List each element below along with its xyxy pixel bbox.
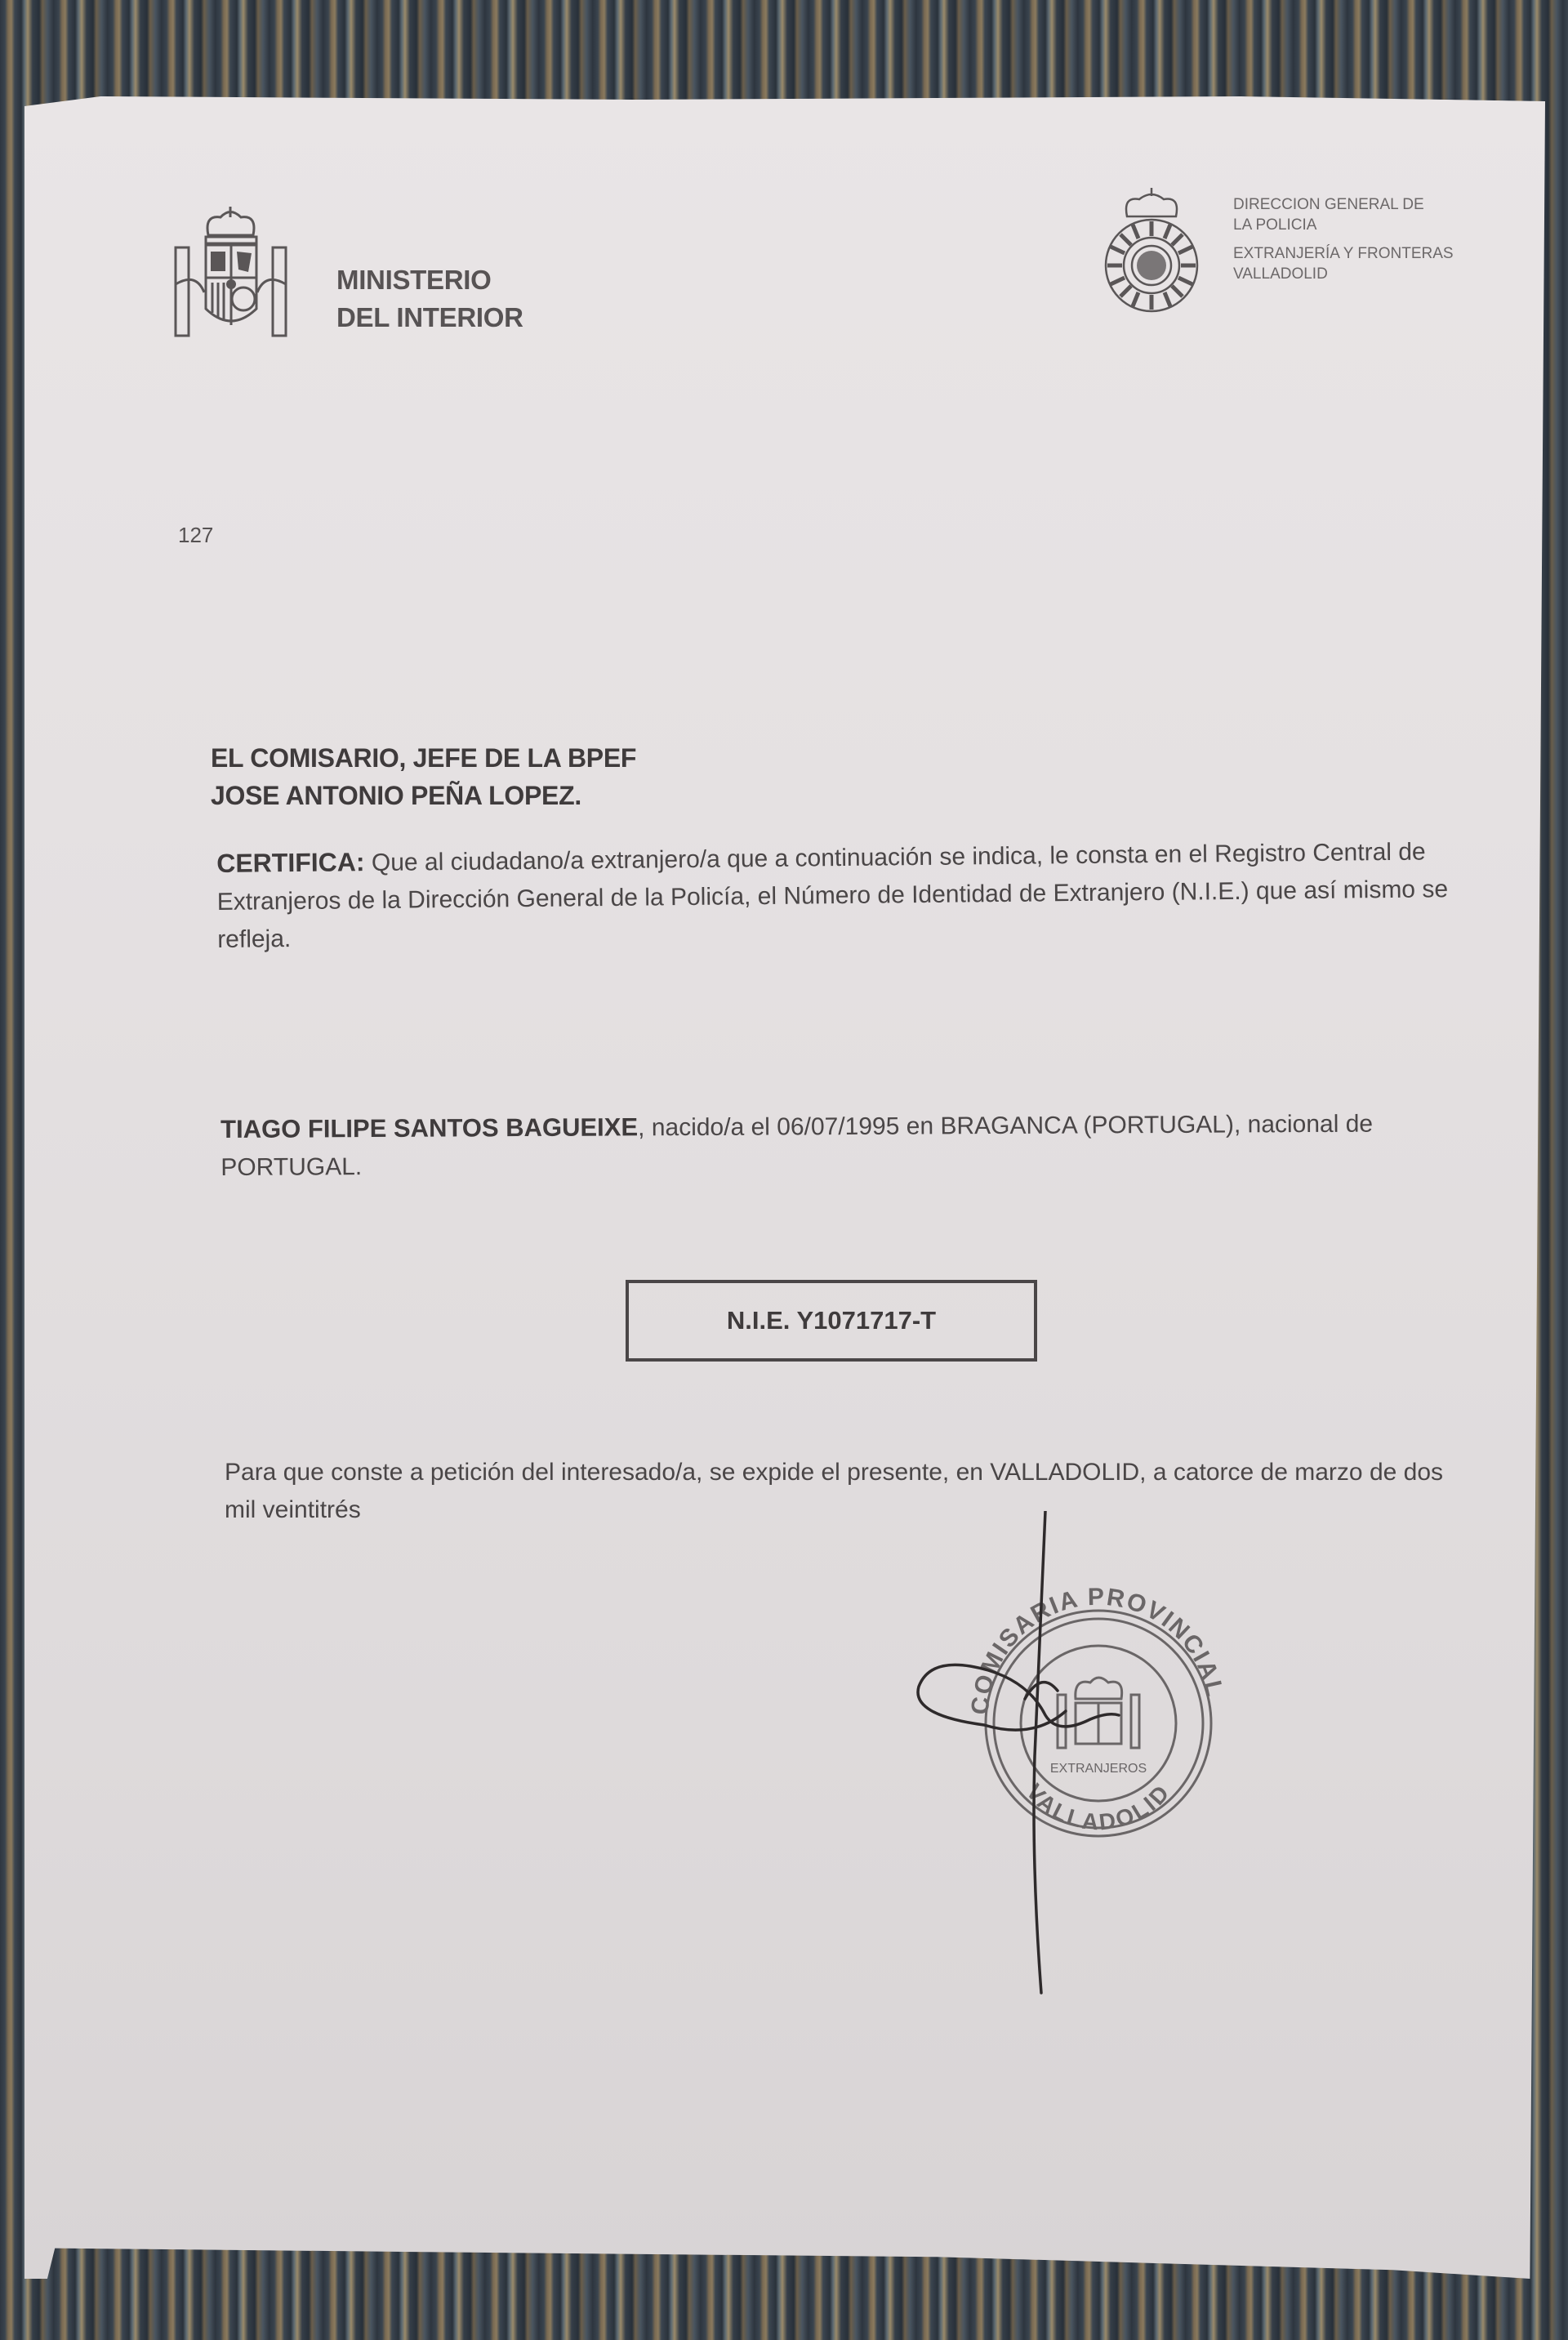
certificate-paper: MINISTERIO DEL INTERIOR DIRECCION GENERA…	[24, 96, 1545, 2279]
police-directorate-header: DIRECCION GENERAL DE LA POLICIA EXTRANJE…	[1233, 194, 1454, 284]
stamp-outer-text: COMISARIA PROVINCIAL DE POLICIA	[894, 1511, 1230, 1716]
directorate-line-4: VALLADOLID	[1233, 264, 1454, 284]
svg-text:COMISARIA PROVINCIAL DE POLICI: COMISARIA PROVINCIAL DE POLICIA	[894, 1511, 1230, 1716]
nie-number-box: N.I.E. Y1071717-T	[626, 1280, 1037, 1362]
stamp-city-text: VALLADOLID	[1022, 1779, 1176, 1835]
certification-paragraph: CERTIFICA: Que al ciudadano/a extranjero…	[216, 831, 1454, 959]
svg-text:VALLADOLID: VALLADOLID	[1022, 1779, 1176, 1835]
issuing-authority: EL COMISARIO, JEFE DE LA BPEF JOSE ANTON…	[211, 739, 636, 814]
nie-number: N.I.E. Y1071717-T	[727, 1306, 936, 1335]
issuance-statement: Para que conste a petición del interesad…	[225, 1454, 1474, 1529]
stamp-small-text: EXTRANJEROS	[1050, 1762, 1147, 1776]
authority-title: EL COMISARIO, JEFE DE LA BPEF	[211, 739, 636, 777]
person-full-name: TIAGO FILIPE SANTOS BAGUEIXE	[220, 1112, 638, 1143]
person-details: TIAGO FILIPE SANTOS BAGUEIXE, nacido/a e…	[220, 1104, 1470, 1187]
directorate-line-1: DIRECCION GENERAL DE	[1233, 194, 1454, 215]
ministry-line-1: MINISTERIO	[336, 261, 523, 299]
spain-coat-of-arms-icon	[163, 203, 298, 350]
directorate-line-2: LA POLICIA	[1233, 215, 1454, 235]
ministry-line-2: DEL INTERIOR	[336, 299, 523, 337]
directorate-line-3: EXTRANJERÍA Y FRONTERAS	[1233, 243, 1454, 264]
certification-text: Que al ciudadano/a extranjero/a que a co…	[217, 838, 1449, 952]
authority-name: JOSE ANTONIO PEÑA LOPEZ.	[211, 777, 636, 814]
official-stamp-and-signature: COMISARIA PROVINCIAL DE POLICIA VALLADOL…	[894, 1511, 1237, 2001]
policia-nacional-emblem-icon	[1102, 188, 1200, 314]
ministry-title: MINISTERIO DEL INTERIOR	[336, 261, 523, 337]
certification-label: CERTIFICA:	[216, 847, 365, 878]
reference-number: 127	[178, 523, 213, 548]
